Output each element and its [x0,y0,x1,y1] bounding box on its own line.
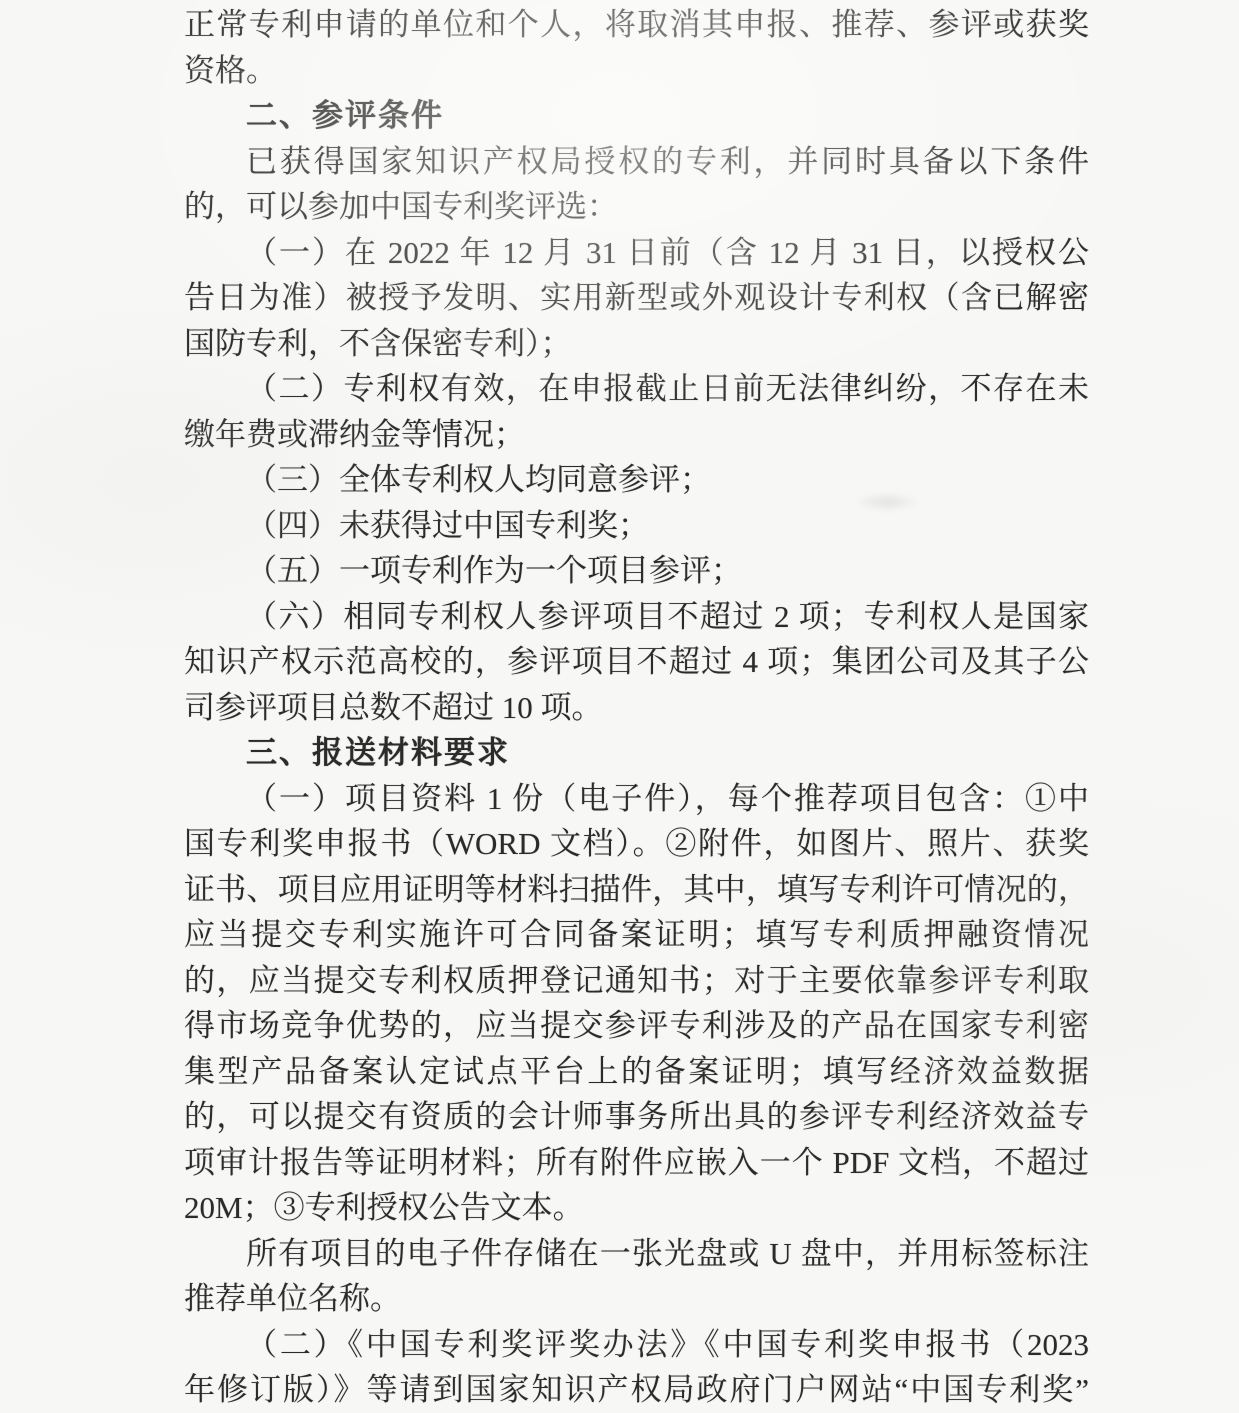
text-line: 国防专利，不含保密专利）； [184,321,1089,367]
text-line: 国专利奖申报书（WORD 文档）。②附件，如图片、照片、获奖 [184,821,1089,867]
text-line: （一）项目资料 1 份（电子件），每个推荐项目包含：①中 [184,776,1089,822]
text-line: 正常专利申请的单位和个人，将取消其申报、推荐、参评或获奖 [184,2,1089,48]
text-line: （一）在 2022 年 12 月 31 日前（含 12 月 31 日，以授权公 [184,230,1089,276]
text-line: 应当提交专利实施许可合同备案证明；填写专利质押融资情况 [184,912,1089,958]
section-heading: 二、参评条件 [184,93,1089,139]
text-line: 年修订版）》等请到国家知识产权局政府门户网站“中国专利奖” [184,1367,1089,1413]
text-line: 集型产品备案认定试点平台上的备案证明；填写经济效益数据 [184,1049,1089,1095]
text-line: （三）全体专利权人均同意参评； [184,457,1089,503]
text-line: 所有项目的电子件存储在一张光盘或 U 盘中，并用标签标注 [184,1231,1089,1277]
text-line: 20M；③专利授权公告文本。 [184,1185,1089,1231]
text-line: 资格。 [184,48,1089,94]
text-line: 证书、项目应用证明等材料扫描件，其中，填写专利许可情况的， [184,867,1089,913]
scanned-document-page: 正常专利申请的单位和个人，将取消其申报、推荐、参评或获奖资格。二、参评条件已获得… [0,0,1239,1413]
text-line: （四）未获得过中国专利奖； [184,503,1089,549]
text-line: （二）专利权有效，在申报截止日前无法律纠纷，不存在未 [184,366,1089,412]
text-line: 的，可以提交有资质的会计师事务所出具的参评专利经济效益专 [184,1094,1089,1140]
text-line: （二）《中国专利奖评奖办法》《中国专利奖申报书（2023 [184,1322,1089,1368]
text-line: 推荐单位名称。 [184,1276,1089,1322]
text-line: 告日为准）被授予发明、实用新型或外观设计专利权（含已解密 [184,275,1089,321]
text-line: 已获得国家知识产权局授权的专利，并同时具备以下条件 [184,139,1089,185]
text-line: 缴年费或滞纳金等情况； [184,412,1089,458]
text-line: 的，应当提交专利权质押登记通知书；对于主要依靠参评专利取 [184,958,1089,1004]
text-line: （六）相同专利权人参评项目不超过 2 项；专利权人是国家 [184,594,1089,640]
text-line: （五）一项专利作为一个项目参评； [184,548,1089,594]
text-line: 司参评项目总数不超过 10 项。 [184,685,1089,731]
text-line: 的，可以参加中国专利奖评选： [184,184,1089,230]
text-line: 知识产权示范高校的，参评项目不超过 4 项；集团公司及其子公 [184,639,1089,685]
section-heading: 三、报送材料要求 [184,730,1089,776]
document-text-block: 正常专利申请的单位和个人，将取消其申报、推荐、参评或获奖资格。二、参评条件已获得… [0,0,1239,1413]
text-line: 项审计报告等证明材料；所有附件应嵌入一个 PDF 文档，不超过 [184,1140,1089,1186]
text-line: 得市场竞争优势的，应当提交参评专利涉及的产品在国家专利密 [184,1003,1089,1049]
